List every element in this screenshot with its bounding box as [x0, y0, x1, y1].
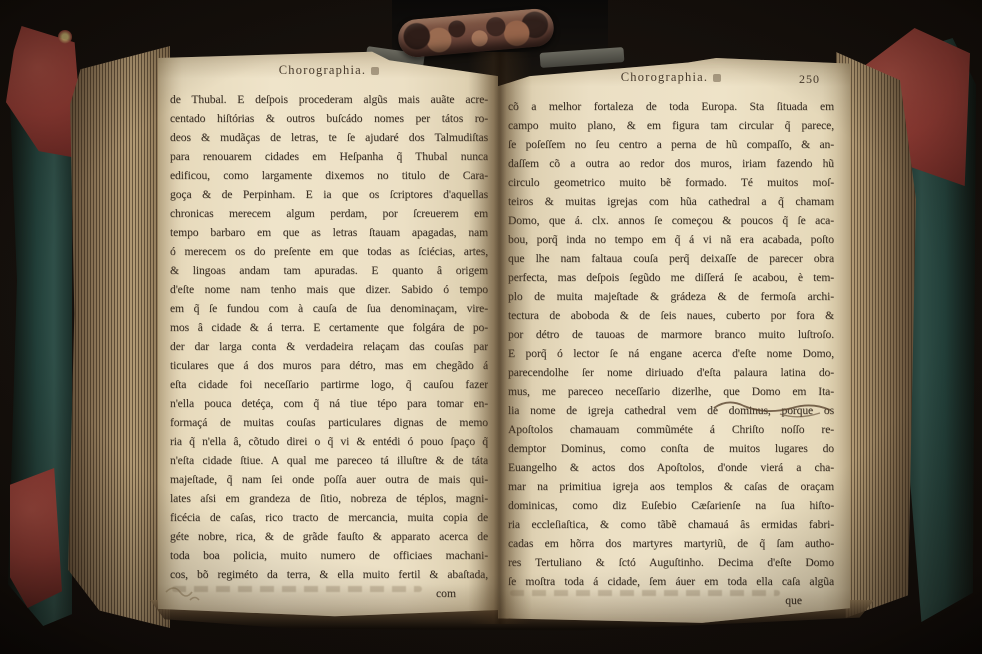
text-line: cadas em hõrra dos martyres martyriũ, de…: [508, 534, 834, 553]
text-line: ria eccleſiaſtica, & como tãbẽ chamauá â…: [508, 515, 834, 534]
marginalia-mark: [160, 578, 230, 608]
text-line: que lhe nam faltaua couſa perq̃ deixaſſe…: [508, 249, 834, 268]
ink-showthrough-mark: [510, 590, 780, 596]
text-line: perfecta, mas deſpois ſegũdo me diſſerá …: [508, 268, 834, 287]
running-title: Chorographia.: [621, 70, 708, 84]
left-page-text-column: de Thubal. E deſpois procederam algũs ma…: [170, 90, 488, 603]
text-line: toda boa policia, muito numero de offici…: [170, 546, 488, 565]
text-line: tempo barbaro em que as letras ſtauam ap…: [170, 223, 488, 242]
text-line: goça & de Perpinham. E ia que os ſcripto…: [170, 185, 488, 204]
header-ornament-mark: [371, 67, 379, 75]
text-line: bou, porq̃ inda no tempo em q̃ á vi nã e…: [508, 230, 834, 249]
text-line: edificou, como largamente dixemos no tit…: [170, 166, 488, 185]
gutter-shadow: [468, 52, 532, 624]
binding-tassel: [58, 30, 72, 44]
text-line: demptor Dominus, como conſta de muitos l…: [508, 439, 834, 458]
text-line: mos â cidade & á terra. E certamente que…: [170, 318, 488, 337]
text-line: Apoſtolos chamauam commũméte á Chriſto n…: [508, 420, 834, 439]
text-line: E porq̃ ó lector ſe ná engane acerca d'e…: [508, 344, 834, 363]
text-line: res Tertuliano & ſctó Auguſtinho. Decima…: [508, 553, 834, 572]
left-page: Chorographia. de Thubal. E deſpois proce…: [158, 50, 498, 618]
text-line: ficécia de caſas, rico tracto de mercanc…: [170, 508, 488, 527]
text-line: n'eſta cidade ſtiue. A qual me pareceo t…: [170, 451, 488, 470]
header-ornament-mark: [713, 74, 721, 82]
page-number: 250: [799, 72, 820, 87]
text-line: d'eſte nome nam tenho mais que dizer. Sa…: [170, 280, 488, 299]
running-title: Chorographia.: [279, 63, 366, 77]
text-line: der dar larga conta & verdadeira relaçam…: [170, 337, 488, 356]
text-line: Domo, que á. clx. annos ſe começou & pou…: [508, 211, 834, 230]
text-line: de Thubal. E deſpois procederam algũs ma…: [170, 90, 488, 109]
text-line: lates aſsi em grandeza de ſitio, nobreza…: [170, 489, 488, 508]
leather-corner-bottom-left: [10, 468, 62, 608]
text-line: campo muito plano, & em figura tam circu…: [508, 116, 834, 135]
text-line: parecendolhe ſer nome diriuado d'eſta pa…: [508, 363, 834, 382]
text-line: formaçá de muitas couſas particulares di…: [170, 413, 488, 432]
text-line: cõ a melhor fortaleza de toda Europa. St…: [508, 97, 834, 116]
text-line: & lingoas andam tam apuradas. E quanto â…: [170, 261, 488, 280]
text-line: centado hiſtórias & outros buſcádo nomes…: [170, 109, 488, 128]
text-line: majeſtade, q̃ nam ſei onde poſſa auer ou…: [170, 470, 488, 489]
text-line: ria q̃ n'ella â, cõtudo direi o q̃ vi & …: [170, 432, 488, 451]
text-line: deos & mudãças de letras, te ſe ajudaré …: [170, 128, 488, 147]
text-line: daſſem cõ a outra ao redor dos muros, ir…: [508, 154, 834, 173]
text-line: mar na primitiua igreja aos templos & ca…: [508, 477, 834, 496]
text-line: dominicas, como diz Euſebio Cæſarienſe n…: [508, 496, 834, 515]
right-page-text-column: cõ a melhor fortaleza de toda Europa. St…: [508, 97, 834, 610]
book-scan-photo: Chorographia. de Thubal. E deſpois proce…: [0, 0, 982, 654]
text-line: para renouarem cidades em Heſpanha q̃ Th…: [170, 147, 488, 166]
text-line: por détro de tauoas de marmore branco mu…: [508, 325, 834, 344]
text-line: tectura de aboboda & de ſeis naues, cube…: [508, 306, 834, 325]
text-line: chronicas merecem algum perdam, por ſcre…: [170, 204, 488, 223]
text-line: ſe moſtra toda á cidade, ſem áuer em tod…: [508, 572, 834, 591]
text-line: ſe poſeſſem no ſeu centro a perna de hũ …: [508, 135, 834, 154]
text-line: teiros & muitas igrejas com hũa cathedra…: [508, 192, 834, 211]
text-line: ticulares que á dos muros para détro, ma…: [170, 356, 488, 375]
page-edges-left: [66, 46, 170, 628]
right-page: Chorographia. 250 cõ a melhor fortaleza …: [498, 58, 850, 624]
text-line: eſta cidade foi neceſſario partirme logo…: [170, 375, 488, 394]
text-line: circulo geometrico muito bẽ formado. Té …: [508, 173, 834, 192]
text-line: n'ella pouca detéça, com q̃ ná tiue tépo…: [170, 394, 488, 413]
text-line: plo de muita majeſtade & grádeza & de fe…: [508, 287, 834, 306]
hand-underline-annotation: [710, 398, 836, 420]
text-line: géte nobre, rica, & de grãde fauſto & ap…: [170, 527, 488, 546]
text-line: ó merecem os do preſente em que todas as…: [170, 242, 488, 261]
text-line: Euangelho & actos dos Apoſtolos, d'onde …: [508, 458, 834, 477]
text-line: em q̃ ſe fundou com à cauſa de ſua denom…: [170, 299, 488, 318]
